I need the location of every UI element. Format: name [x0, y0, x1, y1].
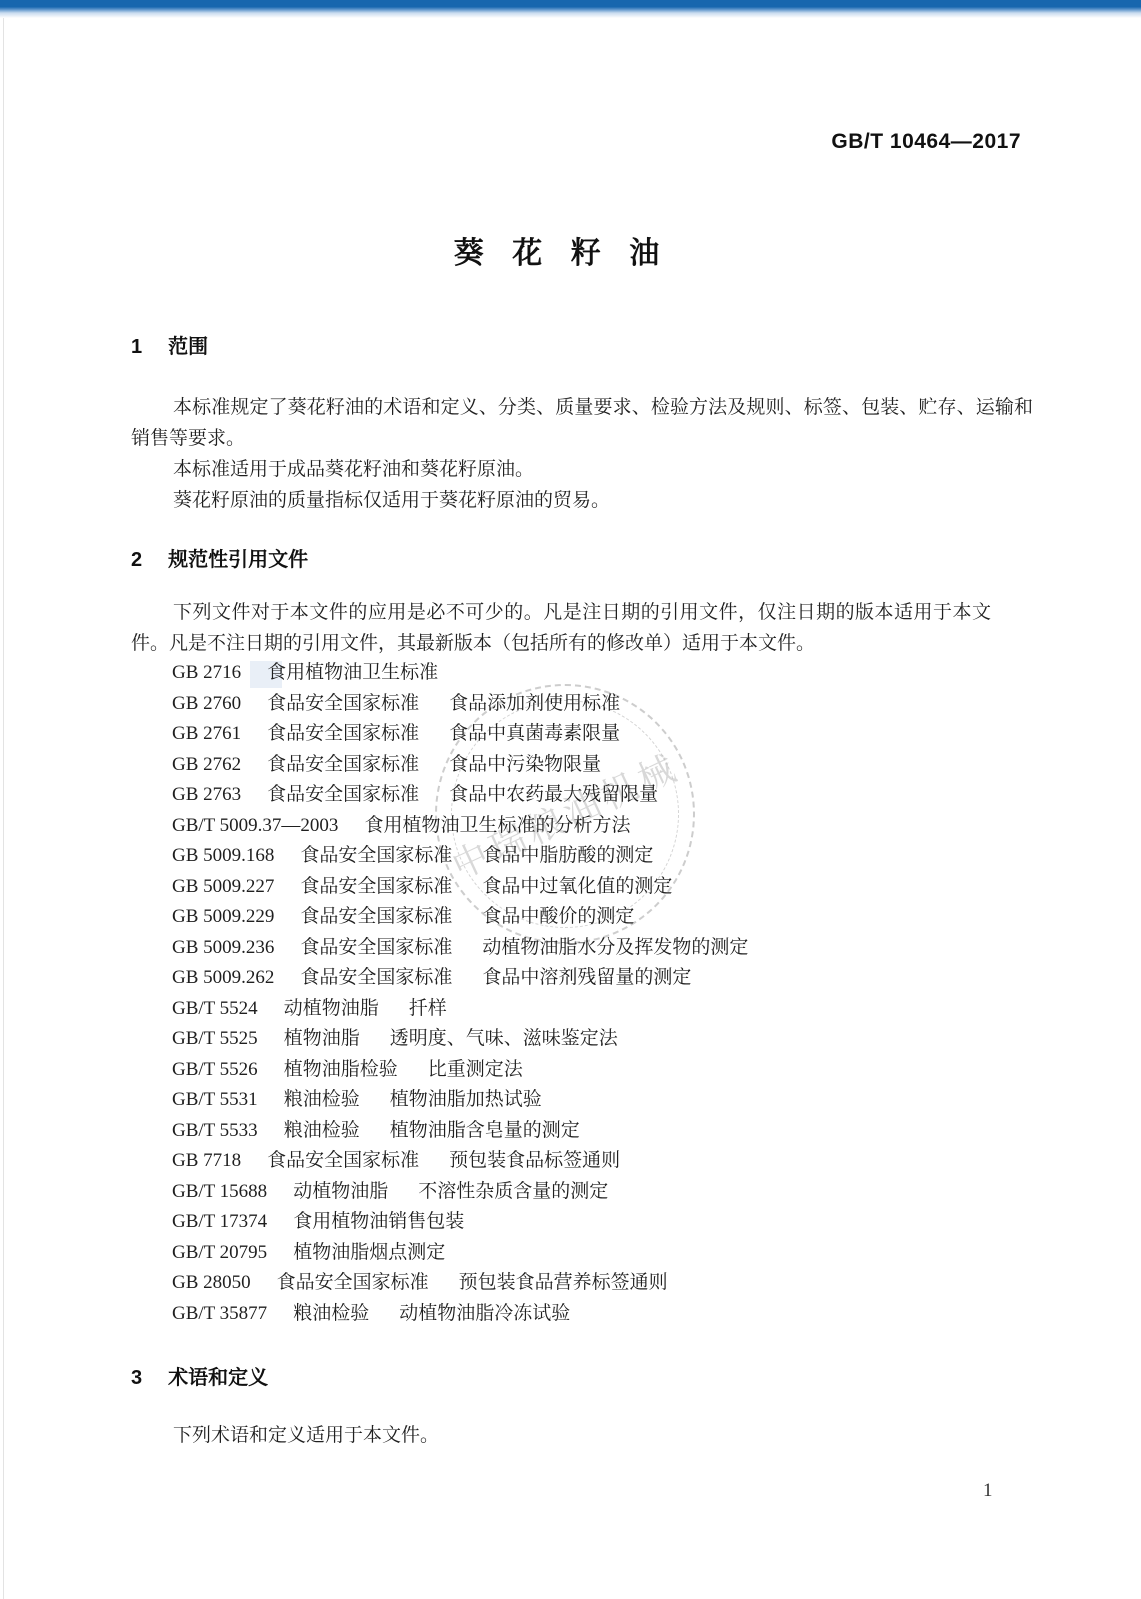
- reference-code: GB 2716: [172, 658, 241, 689]
- reference-title-part: 食品安全国家标准: [267, 1146, 419, 1177]
- reference-item: GB 5009.229食品安全国家标准食品中酸价的测定: [172, 902, 748, 933]
- reference-item: GB/T 17374食用植物油销售包装: [172, 1207, 748, 1238]
- reference-code: GB 7718: [172, 1146, 241, 1177]
- reference-title-part: 食品添加剂使用标准: [449, 689, 620, 720]
- reference-code: GB/T 5009.37—2003: [172, 811, 338, 842]
- reference-title-part: 预包装食品营养标签通则: [459, 1268, 668, 1299]
- reference-title-part: 预包装食品标签通则: [449, 1146, 620, 1177]
- reference-item: GB/T 5524动植物油脂扦样: [172, 994, 748, 1025]
- reference-item: GB 2760食品安全国家标准食品添加剂使用标准: [172, 689, 748, 720]
- reference-title-part: 食品中溶剂残留量的测定: [482, 963, 691, 994]
- reference-title-part: 食品安全国家标准: [267, 750, 419, 781]
- reference-title-part: 植物油脂: [284, 1024, 360, 1055]
- reference-title-part: 植物油脂烟点测定: [293, 1238, 445, 1269]
- reference-title-part: 食品安全国家标准: [300, 872, 452, 903]
- reference-item: GB 28050食品安全国家标准预包装食品营养标签通则: [172, 1268, 748, 1299]
- reference-item: GB/T 20795植物油脂烟点测定: [172, 1238, 748, 1269]
- reference-title-part: 食用植物油卫生标准的分析方法: [364, 811, 630, 842]
- reference-item: GB/T 5009.37—2003食用植物油卫生标准的分析方法: [172, 811, 748, 842]
- reference-title-part: 粮油检验: [284, 1116, 360, 1147]
- section-heading-normative-references: 2规范性引用文件: [131, 543, 308, 572]
- reference-code: GB/T 5525: [172, 1024, 258, 1055]
- reference-code: GB/T 20795: [172, 1238, 267, 1269]
- section-heading-scope: 1范围: [131, 330, 208, 359]
- terms-paragraphs: 下列术语和定义适用于本文件。: [131, 1420, 1033, 1451]
- reference-code: GB/T 5526: [172, 1055, 258, 1086]
- reference-title-part: 食品安全国家标准: [300, 902, 452, 933]
- section-title: 范围: [168, 336, 208, 358]
- reference-title-part: 食品安全国家标准: [300, 933, 452, 964]
- page-number: 1: [983, 1480, 993, 1502]
- reference-title-part: 食品安全国家标准: [267, 689, 419, 720]
- standard-code: GB/T 10464—2017: [831, 130, 1021, 154]
- reference-item: GB/T 5531粮油检验植物油脂加热试验: [172, 1085, 748, 1116]
- reference-title-part: 食品安全国家标准: [277, 1268, 429, 1299]
- reference-item: GB 2762食品安全国家标准食品中污染物限量: [172, 750, 748, 781]
- section-title: 术语和定义: [168, 1367, 268, 1389]
- reference-code: GB 2760: [172, 689, 241, 720]
- reference-code: GB 5009.229: [172, 902, 274, 933]
- reference-code: GB/T 17374: [172, 1207, 267, 1238]
- paragraph: 下列术语和定义适用于本文件。: [131, 1420, 1033, 1451]
- reference-item: GB 7718食品安全国家标准预包装食品标签通则: [172, 1146, 748, 1177]
- reference-title-part: 透明度、气味、滋味鉴定法: [390, 1024, 618, 1055]
- reference-code: GB 5009.168: [172, 841, 274, 872]
- document-page: GB/T 10464—2017 葵花籽油 中瑞粮油机械 1范围 本标准规定了葵花…: [0, 0, 1141, 1599]
- page-top-edge-bar: [0, 0, 1141, 18]
- section-number: 1: [131, 336, 142, 359]
- reference-code: GB 2761: [172, 719, 241, 750]
- reference-item: GB 5009.262食品安全国家标准食品中溶剂残留量的测定: [172, 963, 748, 994]
- reference-title-part: 扦样: [409, 994, 447, 1025]
- reference-code: GB/T 35877: [172, 1299, 267, 1330]
- reference-code: GB/T 5533: [172, 1116, 258, 1147]
- reference-title-part: 粮油检验: [284, 1085, 360, 1116]
- reference-item: GB/T 35877粮油检验动植物油脂冷冻试验: [172, 1299, 748, 1330]
- reference-item: GB 2763食品安全国家标准食品中农药最大残留限量: [172, 780, 748, 811]
- reference-title-part: 食品安全国家标准: [300, 841, 452, 872]
- reference-title-part: 食用植物油卫生标准: [267, 658, 438, 689]
- reference-title-part: 动植物油脂水分及挥发物的测定: [482, 933, 748, 964]
- paragraph: 本标准规定了葵花籽油的术语和定义、分类、质量要求、检验方法及规则、标签、包装、贮…: [131, 392, 1033, 454]
- reference-title-part: 食品中过氧化值的测定: [482, 872, 672, 903]
- section-number: 3: [131, 1367, 142, 1390]
- reference-title-part: 食品中农药最大残留限量: [449, 780, 658, 811]
- reference-item: GB/T 5533粮油检验植物油脂含皂量的测定: [172, 1116, 748, 1147]
- reference-title-part: 食品安全国家标准: [300, 963, 452, 994]
- scope-paragraphs: 本标准规定了葵花籽油的术语和定义、分类、质量要求、检验方法及规则、标签、包装、贮…: [131, 392, 1033, 516]
- reference-item: GB/T 5526植物油脂检验比重测定法: [172, 1055, 748, 1086]
- reference-title-part: 动植物油脂: [284, 994, 379, 1025]
- reference-title-part: 食品安全国家标准: [267, 719, 419, 750]
- references-intro: 下列文件对于本文件的应用是必不可少的。凡是注日期的引用文件，仅注日期的版本适用于…: [131, 597, 991, 659]
- reference-title-part: 不溶性杂质含量的测定: [418, 1177, 608, 1208]
- reference-code: GB/T 15688: [172, 1177, 267, 1208]
- reference-title-part: 比重测定法: [428, 1055, 523, 1086]
- reference-item: GB/T 5525植物油脂透明度、气味、滋味鉴定法: [172, 1024, 748, 1055]
- reference-title-part: 植物油脂检验: [284, 1055, 398, 1086]
- reference-code: GB/T 5524: [172, 994, 258, 1025]
- paragraph: 葵花籽原油的质量指标仅适用于葵花籽原油的贸易。: [131, 485, 1033, 516]
- reference-code: GB/T 5531: [172, 1085, 258, 1116]
- paragraph: 下列文件对于本文件的应用是必不可少的。凡是注日期的引用文件，仅注日期的版本适用于…: [131, 597, 991, 659]
- reference-title-part: 植物油脂含皂量的测定: [390, 1116, 580, 1147]
- reference-title-part: 食用植物油销售包装: [293, 1207, 464, 1238]
- reference-title-part: 动植物油脂: [293, 1177, 388, 1208]
- reference-title-part: 食品中酸价的测定: [482, 902, 634, 933]
- reference-code: GB 5009.236: [172, 933, 274, 964]
- reference-title-part: 食品中脂肪酸的测定: [482, 841, 653, 872]
- reference-item: GB 2761食品安全国家标准食品中真菌毒素限量: [172, 719, 748, 750]
- document-title: 葵花籽油: [0, 228, 1127, 272]
- reference-item: GB 2716食用植物油卫生标准: [172, 658, 748, 689]
- paragraph: 本标准适用于成品葵花籽油和葵花籽原油。: [131, 454, 1033, 485]
- section-heading-terms-definitions: 3术语和定义: [131, 1361, 268, 1390]
- reference-item: GB 5009.168食品安全国家标准食品中脂肪酸的测定: [172, 841, 748, 872]
- reference-title-part: 食品中真菌毒素限量: [449, 719, 620, 750]
- reference-title-part: 粮油检验: [293, 1299, 369, 1330]
- reference-item: GB/T 15688动植物油脂不溶性杂质含量的测定: [172, 1177, 748, 1208]
- reference-code: GB 2762: [172, 750, 241, 781]
- reference-item: GB 5009.227食品安全国家标准食品中过氧化值的测定: [172, 872, 748, 903]
- reference-title-part: 食品中污染物限量: [449, 750, 601, 781]
- reference-code: GB 5009.262: [172, 963, 274, 994]
- reference-code: GB 2763: [172, 780, 241, 811]
- reference-code: GB 5009.227: [172, 872, 274, 903]
- reference-title-part: 食品安全国家标准: [267, 780, 419, 811]
- reference-title-part: 植物油脂加热试验: [390, 1085, 542, 1116]
- reference-list: GB 2716食用植物油卫生标准GB 2760食品安全国家标准食品添加剂使用标准…: [172, 658, 748, 1329]
- reference-title-part: 动植物油脂冷冻试验: [399, 1299, 570, 1330]
- section-number: 2: [131, 549, 142, 572]
- section-title: 规范性引用文件: [168, 549, 308, 571]
- reference-code: GB 28050: [172, 1268, 251, 1299]
- reference-item: GB 5009.236食品安全国家标准动植物油脂水分及挥发物的测定: [172, 933, 748, 964]
